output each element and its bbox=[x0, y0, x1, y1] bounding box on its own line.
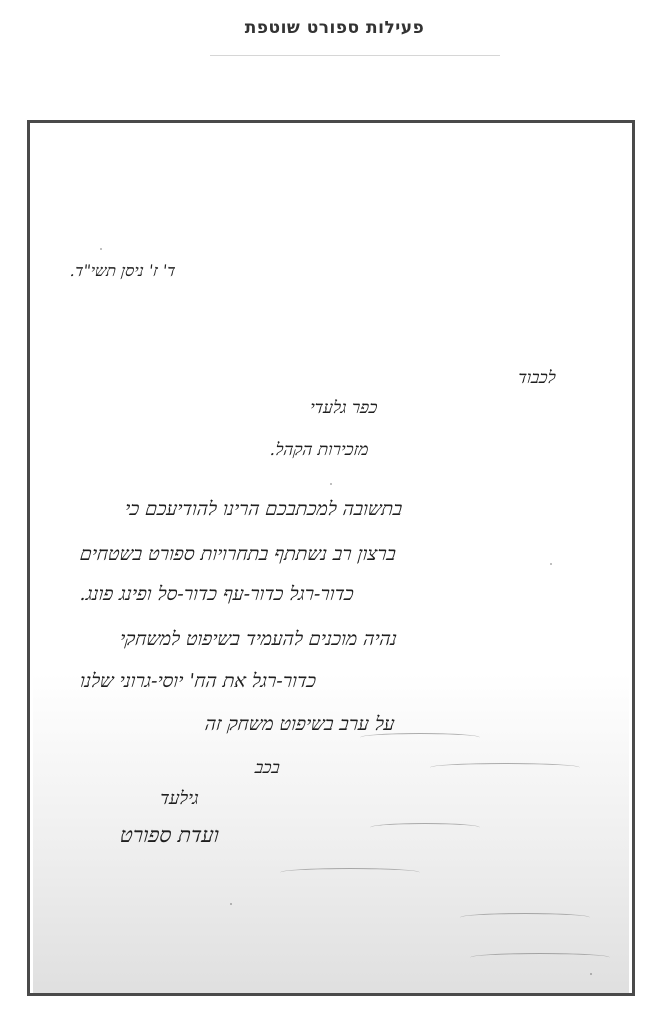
letter-closing-place: גילעד bbox=[159, 788, 200, 809]
letter-body-line: נהיה מוכנים להעמיד בשיפוט למשחקי bbox=[119, 628, 398, 651]
scan-artifact bbox=[430, 763, 580, 772]
scan-artifact bbox=[100, 248, 102, 250]
scan-artifact bbox=[470, 953, 610, 962]
header-divider bbox=[210, 55, 500, 56]
scan-artifact bbox=[370, 823, 480, 832]
scan-artifact bbox=[550, 563, 552, 565]
letter-body-line: כדור-רגל את הח' יוסי-גרוני שלנו bbox=[79, 670, 317, 693]
letter-body-line: על ערב בשיפוט משחק זה bbox=[204, 713, 396, 736]
letter-body-line: בתשובה למכתבכם הרינו להודיעכם כי bbox=[124, 498, 404, 521]
letter-date: ד' ז' ניסן תשי"ד. bbox=[69, 261, 176, 281]
scanned-letter: ד' ז' ניסן תשי"ד. לכבוד כפר גלעדי מזכירו… bbox=[27, 120, 635, 996]
page-header-title: פעילות ספורט שוטפת bbox=[0, 18, 669, 38]
scan-artifact bbox=[230, 903, 232, 905]
letter-closing-abbreviation: בכב bbox=[254, 758, 281, 778]
letter-recipient: כפר גלעדי bbox=[309, 398, 378, 418]
letter-body-line: ברצון רב נשתתף בתחרויות ספורט בשטחים bbox=[79, 543, 397, 566]
letter-recipient-title: מזכירות הקהל. bbox=[269, 440, 370, 460]
letter-signature: ועדת ספורט bbox=[119, 823, 221, 848]
scan-artifact bbox=[460, 913, 590, 922]
letter-body-line: כדור-רגל כדור-עף כדור-סל ופינג פונג. bbox=[79, 583, 355, 606]
scan-artifact bbox=[590, 973, 592, 975]
letter-greeting: לכבוד bbox=[517, 368, 557, 388]
scan-artifact bbox=[360, 733, 480, 742]
scan-artifact bbox=[280, 868, 420, 877]
scan-artifact bbox=[330, 483, 332, 485]
